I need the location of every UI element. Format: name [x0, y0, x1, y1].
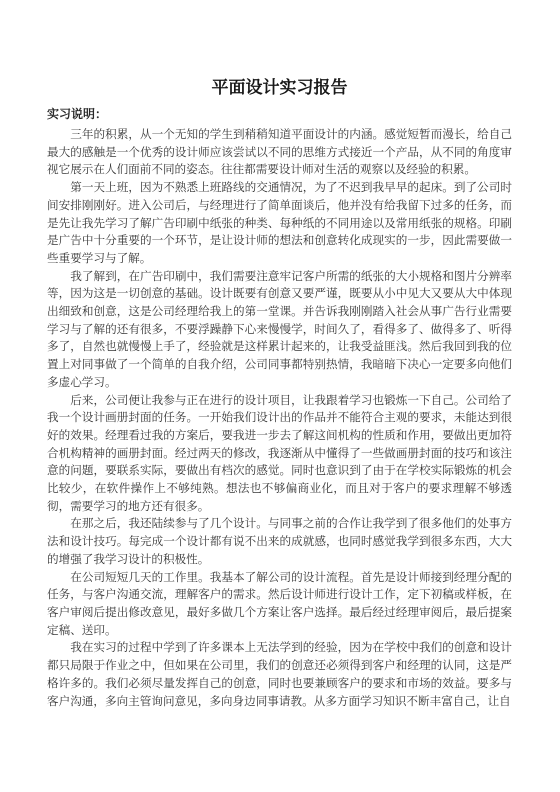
- document-content: 平面设计实习报告 实习说明： 三年的积累，从一个无知的学生到稍稍知道平面设计的内…: [0, 0, 560, 710]
- report-paragraph-7: 我在实习的过程中学到了许多课本上无法学到的经验，因为在学校中我们的创意和设计都只…: [47, 639, 512, 710]
- report-paragraph-5: 在那之后，我还陆续参与了几个设计。与同事之前的合作让我学到了很多他们的处事方法和…: [47, 515, 512, 568]
- report-title: 平面设计实习报告: [47, 78, 512, 98]
- report-paragraph-4: 后来，公司便让我参与正在进行的设计项目，让我跟着学习也锻炼一下自己。公司给了我一…: [47, 392, 512, 516]
- report-paragraph-3: 我了解到，在广告印刷中，我们需要注意牢记客户所需的纸张的大小规格和图片分辨率等，…: [47, 268, 512, 392]
- document-page: 平面设计实习报告 实习说明： 三年的积累，从一个无知的学生到稍稍知道平面设计的内…: [0, 0, 560, 792]
- report-body: 三年的积累，从一个无知的学生到稍稍知道平面设计的内涵。感觉短暂而漫长，给自己最大…: [47, 126, 512, 710]
- report-paragraph-2: 第一天上班，因为不熟悉上班路线的交通情况，为了不迟到我早早的起床。到了公司时间安…: [47, 179, 512, 268]
- section-heading: 实习说明：: [47, 106, 512, 123]
- report-paragraph-1: 三年的积累，从一个无知的学生到稍稍知道平面设计的内涵。感觉短暂而漫长，给自己最大…: [47, 126, 512, 179]
- report-paragraph-6: 在公司短短几天的工作里。我基本了解公司的设计流程。首先是设计师接到经理分配的任务…: [47, 569, 512, 640]
